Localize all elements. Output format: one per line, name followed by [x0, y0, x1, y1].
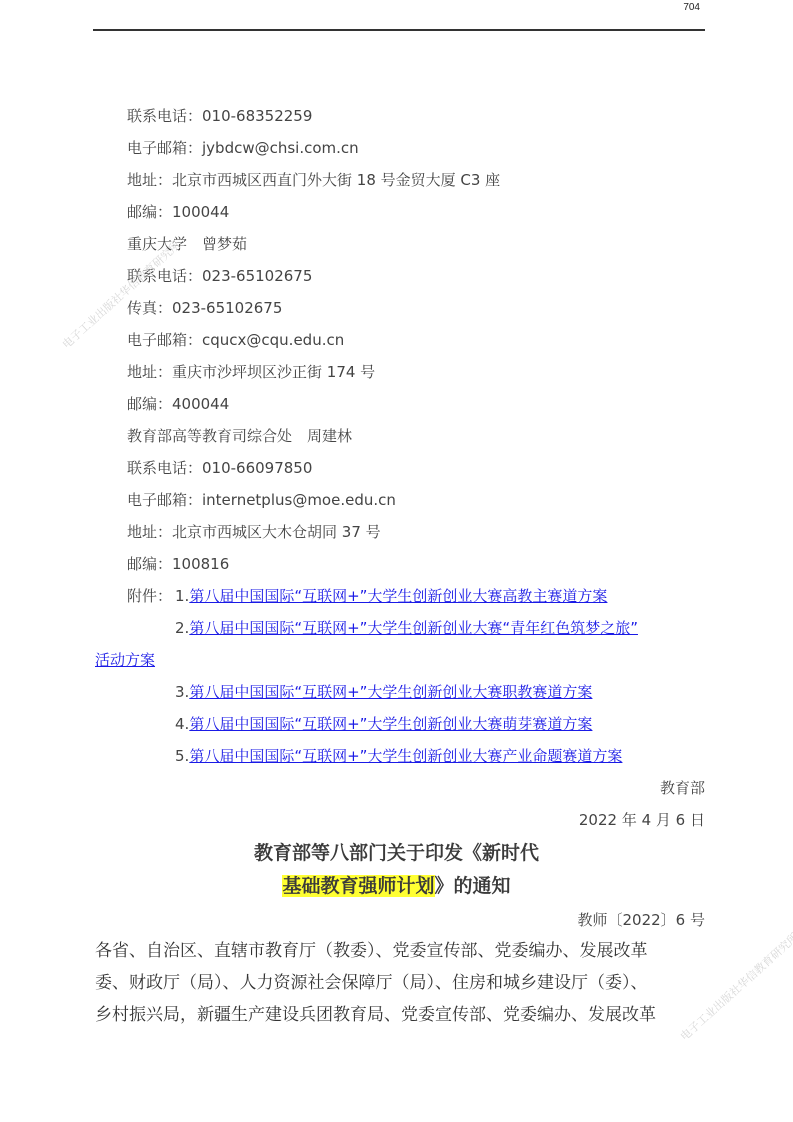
- contact-line: 联系电话：010-68352259: [127, 106, 312, 126]
- contact-line: 教育部高等教育司综合处 周建林: [127, 426, 352, 446]
- attachment-number: 5.: [175, 747, 189, 765]
- contact-line: 地址：北京市西城区大木仓胡同 37 号: [127, 522, 381, 542]
- contact-line: 电子邮箱：cqucx@cqu.edu.cn: [127, 330, 344, 350]
- contact-line: 邮编：100816: [127, 554, 229, 574]
- notice-body-line: 委、财政厅（局）、人力资源社会保障厅（局）、住房和城乡建设厅（委）、: [95, 971, 648, 995]
- header-rule: [93, 29, 705, 31]
- attachment-link-2[interactable]: 第八届中国国际“互联网+”大学生创新创业大赛“青年红色筑梦之旅”: [189, 619, 638, 637]
- contact-line: 重庆大学 曾梦茹: [127, 234, 247, 254]
- attachment-link-5[interactable]: 第八届中国国际“互联网+”大学生创新创业大赛产业命题赛道方案: [189, 747, 622, 765]
- attachment-item: 3.第八届中国国际“互联网+”大学生创新创业大赛职教赛道方案: [175, 682, 592, 702]
- contact-line: 地址：重庆市沙坪坝区沙正街 174 号: [127, 362, 375, 382]
- attachment-number: 4.: [175, 715, 189, 733]
- attachment-item-continuation: 活动方案: [95, 650, 155, 670]
- contact-line: 联系电话：010-66097850: [127, 458, 312, 478]
- attachment-number: 2.: [175, 619, 189, 637]
- attachment-number: 1.: [175, 587, 189, 605]
- title-rest: 》的通知: [435, 875, 511, 897]
- attachment-item: 1.第八届中国国际“互联网+”大学生创新创业大赛高教主赛道方案: [175, 586, 607, 606]
- watermark: 电子工业出版社华信教育研究所: [677, 929, 793, 1044]
- contact-line: 传真：023-65102675: [127, 298, 282, 318]
- attachment-number: 3.: [175, 683, 189, 701]
- signature-org: 教育部: [660, 778, 705, 798]
- doc-number: 教师〔2022〕6 号: [578, 910, 706, 930]
- attachment-link-2-continuation[interactable]: 活动方案: [95, 651, 155, 669]
- contact-line: 邮编：100044: [127, 202, 229, 222]
- contact-line: 电子邮箱：jybdcw@chsi.com.cn: [127, 138, 359, 158]
- page-number: 704: [683, 2, 700, 13]
- notice-title-line1: 教育部等八部门关于印发《新时代: [0, 840, 793, 866]
- contact-line: 邮编：400044: [127, 394, 229, 414]
- notice-body-line: 各省、自治区、直辖市教育厅（教委）、党委宣传部、党委编办、发展改革: [95, 939, 648, 963]
- highlighted-title-text: 基础教育强师计划: [282, 875, 434, 897]
- contact-line: 电子邮箱：internetplus@moe.edu.cn: [127, 490, 396, 510]
- notice-body-line: 乡村振兴局，新疆生产建设兵团教育局、党委宣传部、党委编办、发展改革: [95, 1003, 656, 1027]
- attachment-link-1[interactable]: 第八届中国国际“互联网+”大学生创新创业大赛高教主赛道方案: [189, 587, 607, 605]
- attachment-item: 5.第八届中国国际“互联网+”大学生创新创业大赛产业命题赛道方案: [175, 746, 622, 766]
- attachments-label: 附件：: [127, 586, 172, 606]
- attachment-item: 2.第八届中国国际“互联网+”大学生创新创业大赛“青年红色筑梦之旅”: [175, 618, 638, 638]
- signature-date: 2022 年 4 月 6 日: [579, 810, 705, 830]
- notice-title-line2: 基础教育强师计划》的通知: [0, 873, 793, 899]
- contact-line: 地址：北京市西城区西直门外大街 18 号金贸大厦 C3 座: [127, 170, 500, 190]
- attachment-link-3[interactable]: 第八届中国国际“互联网+”大学生创新创业大赛职教赛道方案: [189, 683, 592, 701]
- attachment-item: 4.第八届中国国际“互联网+”大学生创新创业大赛萌芽赛道方案: [175, 714, 592, 734]
- attachment-link-4[interactable]: 第八届中国国际“互联网+”大学生创新创业大赛萌芽赛道方案: [189, 715, 592, 733]
